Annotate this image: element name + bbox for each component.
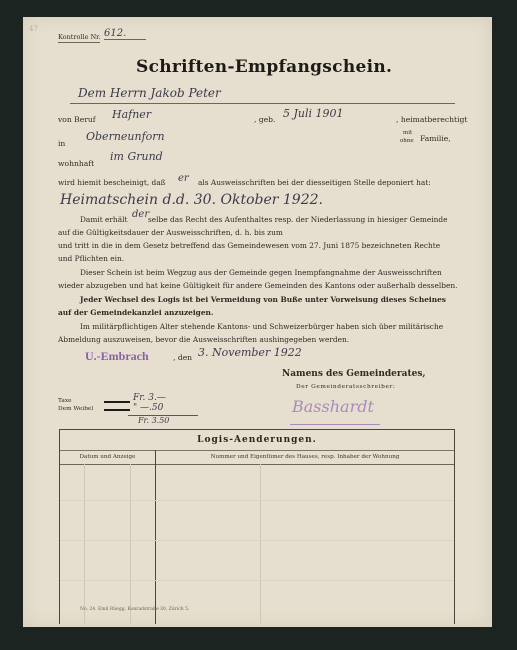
column-header-date: Datum und Anzeige	[60, 450, 155, 464]
printer-imprint: No. 24. Emil Rüegg, Konradstraße 30, Zür…	[80, 607, 189, 612]
deposited-document: Heimatschein d.d. 30. Oktober 1922.	[60, 192, 323, 208]
control-label: Kontrolle Nr.	[58, 33, 100, 43]
authority-label: Namens des Gemeinderates,	[282, 369, 426, 379]
tax-label: Taxe	[58, 398, 72, 404]
paragraph-2-line-2: wieder abzugeben und hat keine Gültigkei…	[58, 280, 457, 293]
family-option-with: mit	[403, 130, 412, 136]
paragraph-4-line-2: Abmeldung auszuweisen, bevor die Ausweis…	[58, 334, 349, 347]
paragraph-1-line-3: und tritt in die in dem Gesetz betreffen…	[58, 240, 440, 253]
hometown-label: in	[58, 139, 65, 148]
paragraph-1-start: Damit erhält	[80, 214, 127, 227]
hometown-value: Oberneunforn	[86, 130, 165, 143]
faint-divider-2	[130, 464, 131, 624]
date-label: , den	[173, 353, 192, 362]
table-title: Logis-Aenderungen.	[60, 430, 454, 451]
document-title: Schriften-Empfangschein.	[136, 57, 392, 77]
clerk-label: Der Gemeinderatsschreiber:	[296, 384, 395, 390]
birth-value: 5 Juli 1901	[283, 107, 344, 120]
citizenship-label: , heimatberechtigt	[396, 115, 467, 124]
paragraph-1-line-4: und Pflichten ein.	[58, 253, 124, 266]
residence-value: im Grund	[110, 150, 163, 163]
paragraph-1-pronoun: der	[132, 209, 149, 220]
residence-label: wohnhaft	[58, 159, 94, 168]
bailiff-label: Dem Weibel	[58, 406, 93, 412]
faint-divider-3	[260, 464, 261, 624]
bailiff-value: " —.50	[133, 403, 163, 413]
occupation-value: Hafner	[112, 108, 151, 121]
paragraph-1-line-2: auf die Gültigkeitsdauer der Ausweisschr…	[58, 227, 283, 240]
family-label: Familie,	[420, 134, 451, 143]
paragraph-4-line-1: Im militärpflichtigen Alter stehende Kan…	[80, 321, 443, 334]
total-value: Fr. 3.50	[138, 416, 169, 425]
certification-pronoun: er	[178, 173, 189, 184]
certification-suffix: als Ausweisschriften bei der diesseitige…	[198, 177, 431, 190]
logis-changes-table: Logis-Aenderungen. Datum und Anzeige Num…	[59, 429, 455, 624]
signature-underline	[290, 424, 380, 425]
table-header-row: Datum und Anzeige Nummer und Eigentümer …	[60, 450, 454, 465]
archive-mark: 47	[29, 25, 38, 33]
bailiff-strikeout	[104, 409, 130, 411]
row-rule	[60, 540, 454, 541]
paragraph-3-line-2: auf der Gemeindekanzlei anzuzeigen.	[58, 307, 213, 320]
clerk-signature: Basshardt	[292, 397, 374, 416]
place-stamp: U.-Embrach	[85, 349, 149, 364]
recipient-line	[70, 103, 455, 104]
birth-label: , geb.	[254, 115, 275, 124]
column-divider	[155, 450, 156, 624]
row-rule	[60, 580, 454, 581]
control-number: 612.	[104, 28, 146, 40]
paragraph-2-line-1: Dieser Schein ist beim Wegzug aus der Ge…	[80, 267, 442, 280]
certification-prefix: wird hiemit bescheinigt, daß	[58, 177, 166, 190]
tax-value: Fr. 3.—	[133, 393, 166, 403]
recipient-name: Dem Herrn Jakob Peter	[78, 86, 221, 100]
tax-strikeout	[104, 401, 130, 403]
faint-divider-1	[84, 464, 85, 624]
paragraph-3-line-1: Jeder Wechsel des Logis ist bei Vermeidu…	[80, 294, 446, 307]
paragraph-1-end: selbe das Recht des Aufenthaltes resp. d…	[148, 214, 448, 227]
row-rule	[60, 500, 454, 501]
column-header-house: Nummer und Eigentümer des Hauses, resp. …	[156, 450, 454, 464]
date-value: 3. November 1922	[198, 346, 302, 359]
family-option-without: ohne	[400, 138, 414, 144]
occupation-label: von Beruf	[58, 115, 96, 124]
